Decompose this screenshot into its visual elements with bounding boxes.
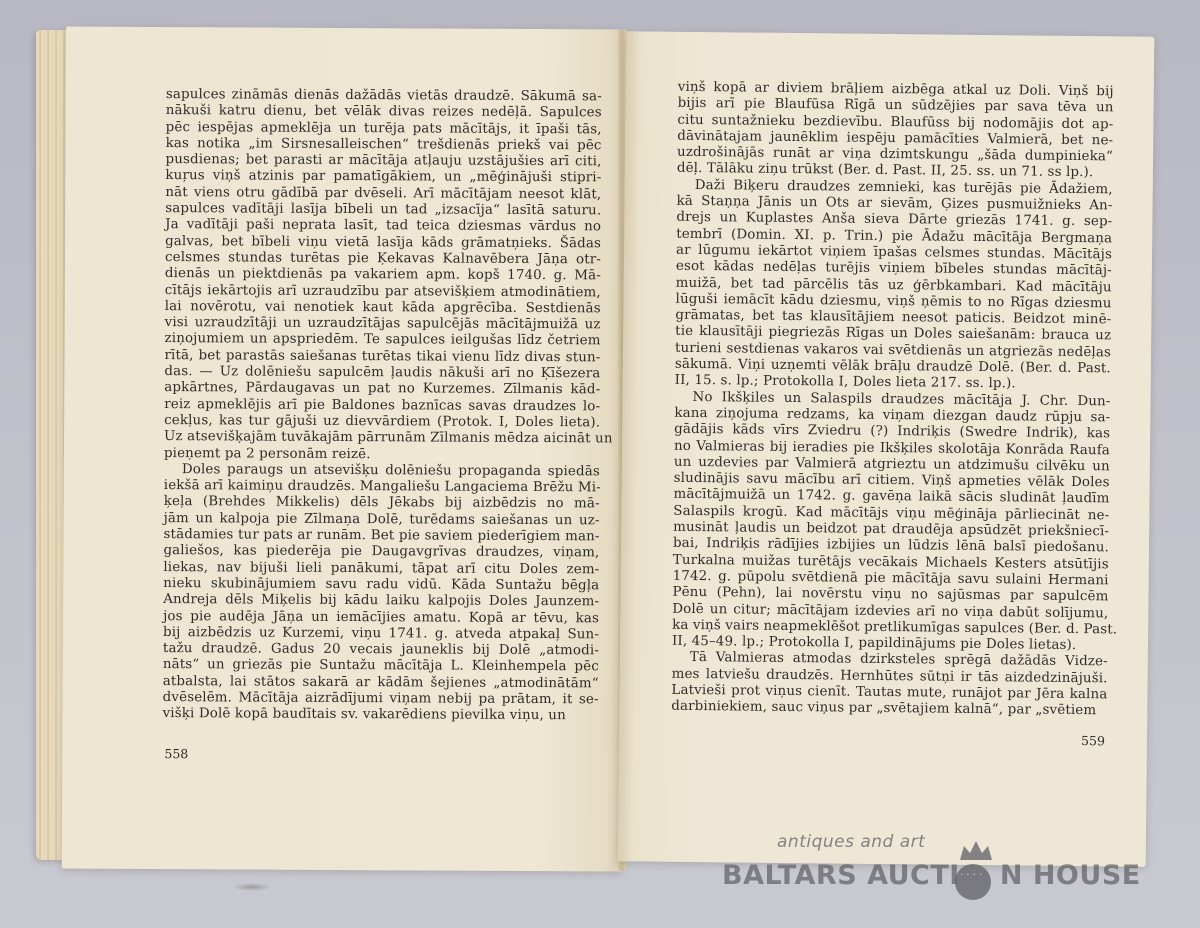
text-line: višķi Dolē kopā baudītais sv. vakarēdien… [163, 706, 599, 725]
text-line: galiešos, kas piederēja pie Daugavgrīvas… [163, 543, 599, 562]
right-page-number: 559 [1081, 733, 1105, 748]
right-page-text: viņš kopā ar diviem brāļiem aizbēga atka… [671, 80, 1114, 720]
text-line: apkārtnes, Pārdaugavas un pat no Kurzeme… [164, 380, 600, 399]
text-line: darbiniekiem, sauc viņus par „svētajiem … [671, 699, 1107, 720]
left-page: sapulces zināmās dienās dažādās vietās d… [62, 27, 626, 872]
text-line: dienās un piektdienās pa vakariem apm. k… [165, 266, 601, 285]
text-line: jos pie audēja Jāņa un iemācījies amatu.… [163, 609, 599, 628]
text-line: nākuši katru dienu, bet vēlāk divas reiz… [166, 103, 602, 122]
text-line: Ja vadītāji paši neprata lasīt, tad teic… [165, 217, 601, 236]
left-page-number: 558 [164, 746, 188, 761]
text-line: Uz atsevišķajām tuvākajām pārrunām Zīlma… [164, 429, 600, 448]
text-line: kuŗus viņš atzinis par pamatīgākiem, un … [165, 169, 601, 188]
left-page-text: sapulces zināmās dienās dažādās vietās d… [163, 87, 602, 725]
text-line: ziņojumiem un apspriedēm. Te sapulces ie… [165, 332, 601, 351]
text-line: ķeļa (Brehdes Mikkelis) dēls Jēkabs bij … [164, 494, 600, 513]
surface-smudge [232, 883, 272, 891]
right-page: viņš kopā ar diviem brāļiem aizbēga atka… [618, 31, 1155, 866]
text-line: nāts“ un griezās pie Suntažu mācītāja L.… [163, 657, 599, 676]
text-line: Andreja dēls Miķelis bij kādu laiku kalp… [163, 592, 599, 611]
text-line: pieņemt pa 2 personām reizē. [164, 446, 600, 465]
